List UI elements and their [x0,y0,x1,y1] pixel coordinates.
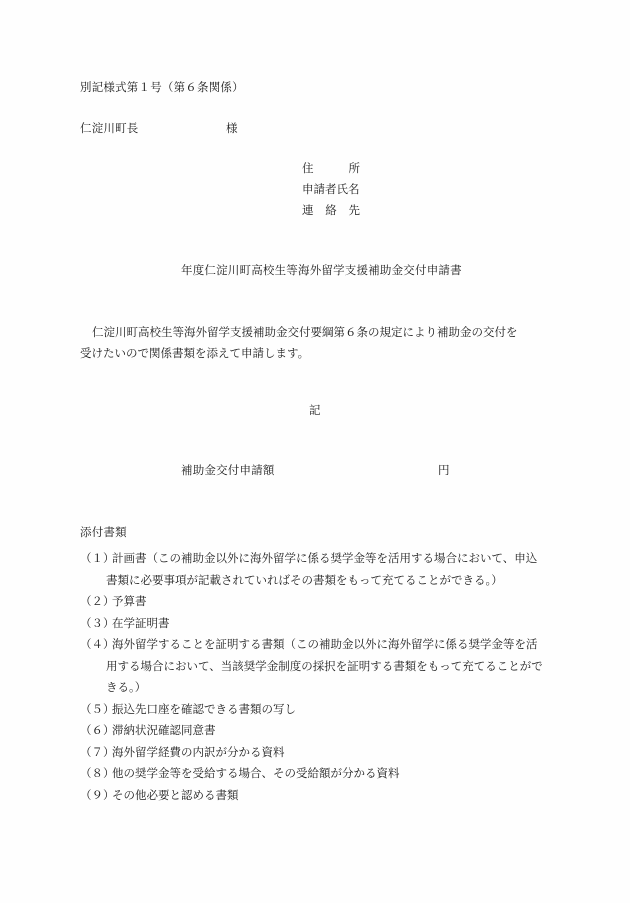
label-part: 申請者氏名 [302,184,360,196]
item-number: （５） [80,699,112,721]
statement-line-1: 仁淀川町高校生等海外留学支援補助金交付要綱第６条の規定により補助金の交付を [80,322,560,343]
item-number: （７） [80,742,112,764]
yen-unit: 円 [438,465,450,477]
label-part: 所 [349,163,361,175]
item-text: 他の奨学金等を受給する場合、その受給額が分かる資料 [112,766,400,780]
label-part: 絡 [325,205,337,217]
attachment-item: （８）他の奨学金等を受給する場合、その受給額が分かる資料 [80,763,560,785]
attachment-item: （７）海外留学経費の内訳が分かる資料 [80,742,560,764]
item-number: （２） [80,591,112,613]
attachment-item: （９）その他必要と認める書類 [80,785,560,807]
requested-amount-label: 補助金交付申請額 [181,465,275,477]
label-part: 先 [349,205,361,217]
ki-note-heading: 記 [309,405,321,417]
document-title: 年度仁淀川町高校生等海外留学支援補助金交付申請書 [181,265,462,277]
applicant-name-label: 申請者氏名 [302,184,360,196]
item-text: 計画書（この補助金以外に海外留学に係る奨学金等を活用する場合において、申込 [112,551,537,565]
form-number: 別記様式第１号（第６条関係） [80,82,244,94]
item-number: （９） [80,785,112,807]
item-text: 在学証明書 [112,616,170,630]
attachment-item: （５）振込先口座を確認できる書類の写し [80,699,560,721]
statement-line-2: 受けたいので関係書類を添えて申請します。 [80,343,560,364]
label-part: 住 [302,163,314,175]
item-text: その他必要と認める書類 [112,788,239,802]
application-statement: 仁淀川町高校生等海外留学支援補助金交付要綱第６条の規定により補助金の交付を 受け… [80,322,560,364]
attachment-item: （２）予算書 [80,591,560,613]
item-text: 滞納状況確認同意書 [112,723,216,737]
item-number: （６） [80,720,112,742]
item-text: 海外留学経費の内訳が分かる資料 [112,745,285,759]
applicant-address-label: 住 所 [302,163,360,175]
applicant-contact-label: 連 絡 先 [302,205,360,217]
item-text: 海外留学することを証明する書類（この補助金以外に海外留学に係る奨学金等を活 [112,637,538,651]
attachment-item: （１）計画書（この補助金以外に海外留学に係る奨学金等を活用する場合において、申込… [80,548,560,591]
attachment-item: （３）在学証明書 [80,613,560,635]
item-text-continued: 書類に必要事項が記載されていればその書類をもって充てることができる。） [80,570,560,592]
label-part: 連 [302,205,314,217]
item-number: （８） [80,763,112,785]
attachments-heading: 添付書類 [80,527,127,539]
attachment-item: （４）海外留学することを証明する書類（この補助金以外に海外留学に係る奨学金等を活… [80,634,560,699]
item-text: 予算書 [112,594,147,608]
addressee-name: 仁淀川町長 [80,123,139,135]
item-text: 振込先口座を確認できる書類の写し [112,702,296,716]
item-number: （４） [80,634,112,656]
item-text-continued: きる。） [80,677,560,699]
attachment-item: （６）滞納状況確認同意書 [80,720,560,742]
item-number: （３） [80,613,112,635]
addressee-honorific: 様 [226,123,238,135]
attachments-list: （１）計画書（この補助金以外に海外留学に係る奨学金等を活用する場合において、申込… [80,548,560,806]
item-text-continued: 用する場合において、当該奨学金制度の採択を証明する書類をもって充てることがで [80,656,560,678]
document-page: 別記様式第１号（第６条関係） 仁淀川町長 様 住 所 申請者氏名 連 絡 先 年… [0,0,630,903]
item-number: （１） [80,548,112,570]
